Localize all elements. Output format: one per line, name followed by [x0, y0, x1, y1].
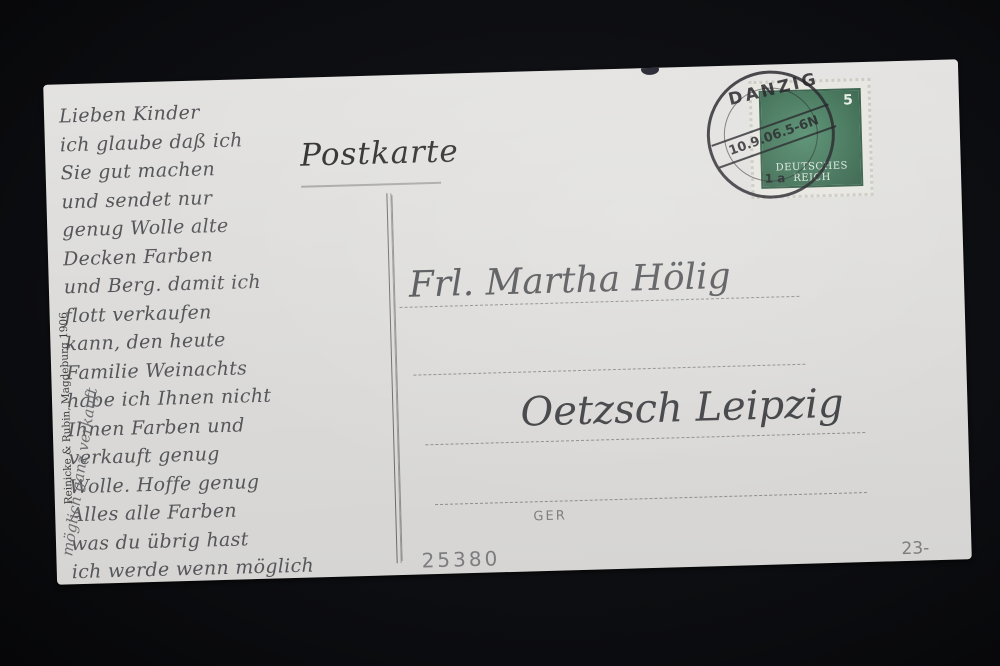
postcard: Lieben Kinder ich glaube daß ich Sie gut…: [43, 59, 972, 584]
stamp-value: 5: [843, 92, 853, 108]
ink-blot: [641, 64, 659, 75]
address-line: [425, 432, 865, 445]
address-line: [435, 492, 867, 505]
pencil-country-code: GER: [533, 508, 567, 524]
postmark-cancel: DANZIG 10.9.06.5-6N 1 a: [705, 69, 837, 201]
address-line: [413, 364, 805, 376]
postcard-title: Postkarte: [300, 133, 459, 173]
recipient-town: Oetzsch Leipzig: [520, 381, 844, 436]
pencil-price: 23-: [901, 538, 929, 559]
pencil-catalog-number: 25380: [421, 546, 500, 572]
